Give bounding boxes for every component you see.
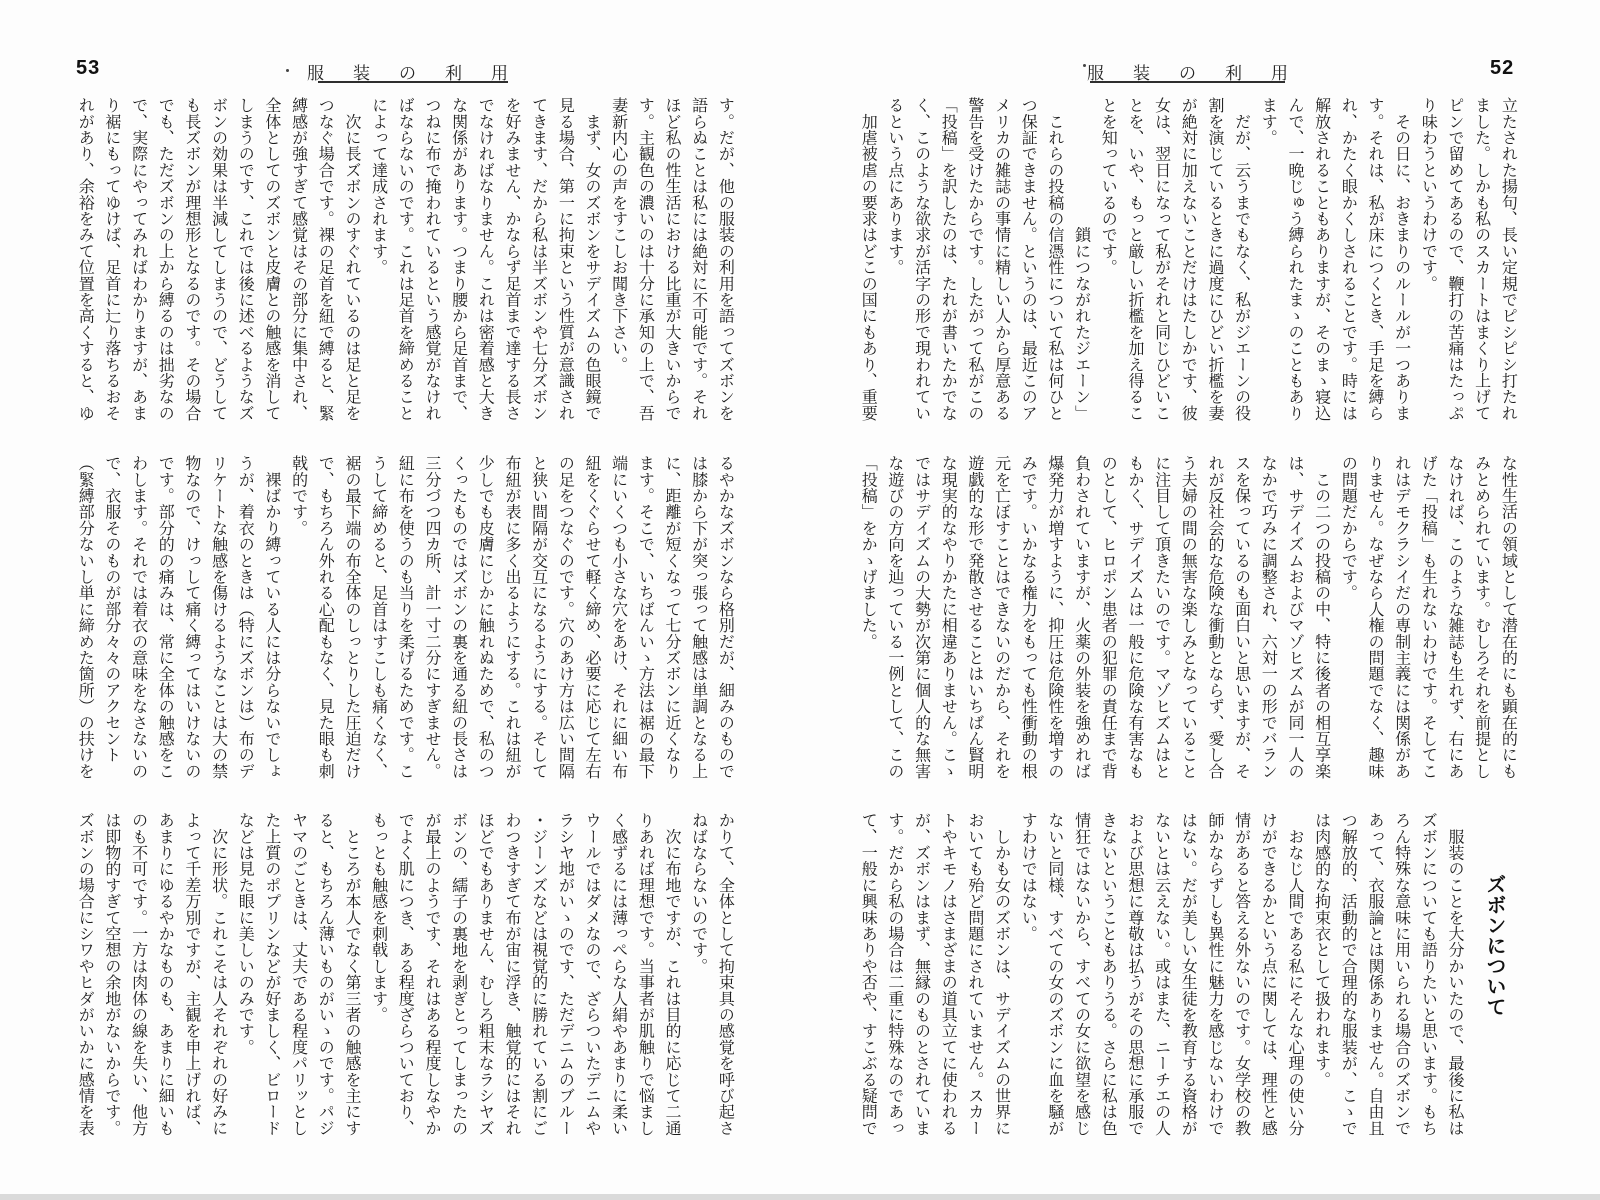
text-column: ところが本人でなく第三者の触感を主にす bbox=[338, 812, 365, 1138]
text-column: り裾にもってゆけば、足首に辷り落ちるおそ bbox=[98, 97, 125, 423]
text-tier-middle: るやかなズボンなら格別だが、細みのもので は膝から下が突っ張って触感は単調となる… bbox=[72, 455, 739, 781]
text-column: ウールではダメなので、ざらついたデニムや bbox=[578, 812, 605, 1138]
text-column: 解放されることもありますが、そのまゝ寝込 bbox=[1308, 97, 1335, 423]
text-column: 布紐が表に多く出るようにする。これは紐が bbox=[498, 455, 525, 781]
text-column: および思想に尊敬は払うがその思想に承服で bbox=[1121, 812, 1148, 1138]
text-column: な性生活の領域として潜在的にも顕在的にも bbox=[1495, 455, 1522, 781]
text-column: 裸ばかり縛っている人には分らないでしょ bbox=[258, 455, 285, 781]
text-column: るやかなズボンなら格別だが、細みのもので bbox=[712, 455, 739, 781]
text-tier-top: 立たされた揚句、長い定規でピシピシ打たれ ました。しかも私のスカートはまくり上げ… bbox=[855, 97, 1522, 423]
text-column: りません。なぜなら人権の問題でなく、趣味 bbox=[1361, 455, 1388, 781]
text-column: かりて、全体として拘束具の感覚を呼び起さ bbox=[712, 812, 739, 1138]
text-column: うして締めると、足首はすこしも痛くなく、 bbox=[365, 455, 392, 781]
text-column: は即物的すぎて空想の余地がないからです。 bbox=[98, 812, 125, 1138]
text-column: 次に長ズボンのすぐれているのは足と足を bbox=[338, 97, 365, 423]
text-column: ラシヤ地がいゝのです、ただデニムのブルー bbox=[552, 812, 579, 1138]
text-column: が最上のようです、それはある程度しなやか bbox=[418, 812, 445, 1138]
text-column: みとめられています。むしろそれを前提とし bbox=[1468, 455, 1495, 781]
text-column: 少しでも皮膚にじかに触れぬためで、私のつ bbox=[472, 455, 499, 781]
text-column: ヤマのごときは、丈夫である程度パリッとし bbox=[285, 812, 312, 1138]
text-column: でも、ただズボンの上から縛るのは拙劣なの bbox=[152, 97, 179, 423]
text-column: 見る場合、第一に拘束という性質が意識され bbox=[552, 97, 579, 423]
text-column: だが、云うまでもなく、私がジエーンの役 bbox=[1228, 97, 1255, 423]
text-column: 女は、翌日になって私がそれと同じひどいこ bbox=[1148, 97, 1175, 423]
text-column: 次に形状。これこそは人それぞれの好みに bbox=[205, 812, 232, 1138]
text-column: 情があると答える外ないのです。女学校の教 bbox=[1228, 812, 1255, 1138]
text-column: 情狂ではないから、すべての女に欲望を感じ bbox=[1068, 812, 1095, 1138]
text-column: ると、もちろん薄いものがいゝのです。パジ bbox=[312, 812, 339, 1138]
text-column: 服装のことを大分かいたので、最後に私は bbox=[1441, 812, 1468, 1138]
text-column: 三分づつ四カ所、計一寸二分にすぎません。 bbox=[418, 455, 445, 781]
text-column: のも不可です。一方は肉体の線を失い、他方 bbox=[125, 812, 152, 1138]
page-number: 52 bbox=[1490, 57, 1514, 80]
text-column: りあれば理想です。当事者が肌触りで悩まし bbox=[632, 812, 659, 1138]
text-column: ばならないのです。これは足首を締めること bbox=[392, 97, 419, 423]
text-column: な現実的なやりかたに相違ありません。こゝ bbox=[935, 455, 962, 781]
text-column: ズボンについても語りたいと思います。もち bbox=[1415, 812, 1442, 1138]
text-column: 遊戯的な形で発散させることはいちばん賢明 bbox=[961, 455, 988, 781]
text-column: すわけではない。 bbox=[1015, 812, 1042, 1138]
running-title-underline bbox=[318, 81, 508, 83]
text-column: 負わされていますが、火薬の外装を強めれば bbox=[1068, 455, 1095, 781]
text-column: 加虐被虐の要求はどこの国にもあり、重要 bbox=[855, 97, 882, 423]
text-column: とを、いや、もっと厳しい折檻を加え得るこ bbox=[1121, 97, 1148, 423]
text-column: つなぐ場合です。裸の足首を紐で縛ると、緊 bbox=[312, 97, 339, 423]
text-column: す。それは、私が床につくとき、手足を縛ら bbox=[1361, 97, 1388, 423]
text-column: のとして、ヒロポン患者の犯罪の責任まで背 bbox=[1095, 455, 1122, 781]
text-column: です。部分的の痛みは、常に全体の触感をこ bbox=[152, 455, 179, 781]
text-column: でよく肌につき、ある程度ざらついており、 bbox=[392, 812, 419, 1138]
left-page: 53 服装の利用 す。だが、他の服装の利用を語ってズボンを 語らぬことは私には絶… bbox=[0, 0, 800, 1200]
text-column: てきます、だから私は半ズボンや七分ズボン bbox=[525, 97, 552, 423]
text-column: 裾の最下端の布全体のしっとりした圧迫だけ bbox=[338, 455, 365, 781]
text-tier-bottom: 服装のことを大分かいたので、最後に私は ズボンについても語りたいと思います。もち… bbox=[855, 812, 1468, 1138]
text-column: ズボンの場合にシワやヒダがいかに感情を表 bbox=[72, 812, 99, 1138]
text-column: に、距離が短くなって七分ズボンに近くなり bbox=[658, 455, 685, 781]
running-title-underline bbox=[1090, 81, 1285, 83]
text-column: ・ジーンズなどは視覚的に勝れている割にご bbox=[525, 812, 552, 1138]
text-column: ろん特殊な意味に用いられる場合のズボンで bbox=[1388, 812, 1415, 1138]
text-column: ボンの効果は半減してしまうので、どうして bbox=[205, 97, 232, 423]
text-column: れ、かたく眼かくしされることです。時には bbox=[1335, 97, 1362, 423]
text-column: ます。 bbox=[1255, 97, 1282, 423]
text-column: しかも女のズボンは、サデイズムの世界に bbox=[988, 812, 1015, 1138]
text-column: 「投稿」を訳したのは、たれが書いたかでな bbox=[935, 97, 962, 423]
text-column: でなければなりません。これは密着感と大き bbox=[472, 97, 499, 423]
text-column: げた「投稿」も生れないわけです。そしてこ bbox=[1415, 455, 1442, 781]
text-column: 全体としてのズボンと皮膚との触感を消して bbox=[258, 97, 285, 423]
text-column: は、サデイズムおよびマゾヒズムが同一人の bbox=[1281, 455, 1308, 781]
text-column: 次に布地ですが、これは目的に応じて二通 bbox=[658, 812, 685, 1138]
text-column: ほどでもありません、むしろ粗末なラシヤズ bbox=[472, 812, 499, 1138]
text-column: はない。だが美しい女生徒を教育する資格が bbox=[1175, 812, 1202, 1138]
text-column: なかで巧みに調整され、六対一の形でバラン bbox=[1255, 455, 1282, 781]
text-column: これらの投稿の信憑性について私は何ひと bbox=[1041, 97, 1068, 423]
signature-column: 鎖につながれたジエーン」 bbox=[1068, 97, 1095, 423]
page-number: 53 bbox=[76, 57, 100, 80]
text-column: と狭い間隔が交互になるようにする。そして bbox=[525, 455, 552, 781]
text-column: などは見た眼に美しいのみです。 bbox=[232, 812, 259, 1138]
text-column: で、実際にやってみればわかりますが、あま bbox=[125, 97, 152, 423]
header-dot-icon bbox=[286, 69, 289, 72]
text-tier-middle: な性生活の領域として潜在的にも顕在的にも みとめられています。むしろそれを前提と… bbox=[855, 455, 1522, 781]
text-column: ほど私の性生活における比重が大きいからで bbox=[658, 97, 685, 423]
text-column: あって、衣服論とは関係ありません。自由且 bbox=[1361, 812, 1388, 1138]
text-column: るという点にあります。 bbox=[881, 97, 908, 423]
text-column: で、衣服そのものが部分々々のアクセント bbox=[98, 455, 125, 781]
text-column: つ解放的、活動的で合理的な服装が、こゝで bbox=[1335, 812, 1362, 1138]
text-column: 警告を受けたからです。したがって私がこの bbox=[961, 97, 988, 423]
text-column: が、ズボンはまず、無縁のものとされていま bbox=[908, 812, 935, 1138]
text-column: もかく、サデイズムは一般に危険な有害なも bbox=[1121, 455, 1148, 781]
text-column: て、一般に興味ありや否や、すこぶる疑問で bbox=[855, 812, 882, 1138]
text-column: り味わうというわけです。 bbox=[1415, 97, 1442, 423]
text-column: 妻新内心の声をすこしお聞き下さい。 bbox=[605, 97, 632, 423]
text-column: す。主観色の濃いのは十分に承知の上で、吾 bbox=[632, 97, 659, 423]
text-column: んで、一晩じゅう縛られたまゝのこともあり bbox=[1281, 97, 1308, 423]
text-column: な関係があります。つまり腰から足首まで、 bbox=[445, 97, 472, 423]
text-column: 戟的です。 bbox=[285, 455, 312, 781]
text-column: 立たされた揚句、長い定規でピシピシ打たれ bbox=[1495, 97, 1522, 423]
text-column: きないということもありうる。さらに私は色 bbox=[1095, 812, 1122, 1138]
text-column: リケートな触感を傷けるようなことは大の禁 bbox=[205, 455, 232, 781]
right-page: 服装の利用 52 立たされた揚句、長い定規でピシピシ打たれ ました。しかも私のス… bbox=[800, 0, 1600, 1200]
text-column: 師かならずしも異性に魅力を感じないわけで bbox=[1201, 812, 1228, 1138]
scan-bottom-edge bbox=[0, 1194, 1600, 1200]
text-column: この二つの投稿の中、特に後者の相互享楽 bbox=[1308, 455, 1335, 781]
text-tier-top: す。だが、他の服装の利用を語ってズボンを 語らぬことは私には絶対に不可能です。そ… bbox=[72, 97, 739, 423]
text-column: す。だが、他の服装の利用を語ってズボンを bbox=[712, 97, 739, 423]
text-column: 語らぬことは私には絶対に不可能です。それ bbox=[685, 97, 712, 423]
section-title: ズボンについて bbox=[1480, 874, 1510, 1017]
text-column: ました。しかも私のスカートはまくり上げて bbox=[1468, 97, 1495, 423]
text-column: で、もちろん外れる心配もなく、見た眼も刺 bbox=[312, 455, 339, 781]
text-column: みです。いかなる権力をもっても性衝動の根 bbox=[1015, 455, 1042, 781]
text-column: く、このような欲求が活字の形で現われてい bbox=[908, 97, 935, 423]
text-column: ボンの、繻子の裏地を剥ぎとってしまったの bbox=[445, 812, 472, 1138]
text-column: ないと同様、すべての女のズボンに血を騒が bbox=[1041, 812, 1068, 1138]
text-column: くったものではズボンの裏を通る紐の長さは bbox=[445, 455, 472, 781]
text-column: わします。それでは着衣の意味をなさないの bbox=[125, 455, 152, 781]
text-column: 物なので、けっして痛く縛ってはいけないの bbox=[178, 455, 205, 781]
text-column: もっとも触感を刺戟します。 bbox=[365, 812, 392, 1138]
text-column: が絶対に加えないことだけはたしかです、彼 bbox=[1175, 97, 1202, 423]
text-column: ます。そこで、いちばんいゝ方法は裾の最下 bbox=[632, 455, 659, 781]
text-column: あまりにゆるやかなものも、あまりに細いも bbox=[152, 812, 179, 1138]
text-column: わつきすぎて布が宙に浮き、触覚的にはそれ bbox=[498, 812, 525, 1138]
text-column: によって達成されます。 bbox=[365, 97, 392, 423]
text-tier-bottom: かりて、全体として拘束具の感覚を呼び起さ ねばならないのです。 次に布地ですが、… bbox=[72, 812, 739, 1138]
text-column: おいても殆ど問題にされていません。スカー bbox=[961, 812, 988, 1138]
text-column: （緊縛部分ないし単に締めた箇所）の扶けを bbox=[72, 455, 99, 781]
text-column: 縛感が強すぎて感覚はその部分に集中され、 bbox=[285, 97, 312, 423]
text-column: その日に、おきまりのルールが一つありま bbox=[1388, 97, 1415, 423]
text-column: ねばならないのです。 bbox=[685, 812, 712, 1138]
text-column: 「投稿」をかゝげました。 bbox=[855, 455, 882, 781]
text-column: つねに布で掩われているという感覚がなけれ bbox=[418, 97, 445, 423]
text-column: とを知っているのです。 bbox=[1095, 97, 1122, 423]
text-column: けができるかという点に関しては、理性と感 bbox=[1255, 812, 1282, 1138]
text-column: よって千差万別ですが、主観を申上げれば、 bbox=[178, 812, 205, 1138]
text-column: スを保っているのも面白いと思いますが、そ bbox=[1228, 455, 1255, 781]
text-column: 割を演じているときに過度にひどい折檻を妻 bbox=[1201, 97, 1228, 423]
text-column: おなじ人間である私にそんな心理の使い分 bbox=[1281, 812, 1308, 1138]
text-column: まず、女のズボンをサデイズムの色眼鏡で bbox=[578, 97, 605, 423]
text-column: は肉感的な拘束衣として扱われます。 bbox=[1308, 812, 1335, 1138]
text-column: うが、着衣のときは（特にズボンは）布のデ bbox=[232, 455, 259, 781]
text-column: 紐に布を使うのも当りを柔げるためです。こ bbox=[392, 455, 419, 781]
text-column: た上質のポプリンなどが好ましく、ビロード bbox=[258, 812, 285, 1138]
text-column: 爆発力が増すように、抑圧は危険性を増すの bbox=[1041, 455, 1068, 781]
text-column: れが反社会的な危険な衝動とならず、愛し合 bbox=[1201, 455, 1228, 781]
text-column: 元を亡ぼすことはできないのだから、それを bbox=[988, 455, 1015, 781]
text-column: に注目して頂きたいのです。マゾヒズムはと bbox=[1148, 455, 1175, 781]
text-column: 端にいくつも小さな穴をあけ、それに細い布 bbox=[605, 455, 632, 781]
text-column: つ保証できません。というのは、最近このア bbox=[1015, 97, 1042, 423]
text-column: 紐をくぐらせて軽く締め、必要に応じて左右 bbox=[578, 455, 605, 781]
text-column: も長ズボンが理想形となるのです。その場合 bbox=[178, 97, 205, 423]
text-column: ピンで留めてあるので、鞭打の苦痛はたっぷ bbox=[1441, 97, 1468, 423]
text-column: の問題だからです。 bbox=[1335, 455, 1362, 781]
text-column: なければ、このような雑誌も生れず、右にあ bbox=[1441, 455, 1468, 781]
text-column: の足をつなぐのです。穴のあけ方は広い間隔 bbox=[552, 455, 579, 781]
text-column: く感ずるには薄っぺらな人絹やあまりに柔い bbox=[605, 812, 632, 1138]
text-column: れはデモクラシイだの専制主義には関係があ bbox=[1388, 455, 1415, 781]
text-column: ないとは云えない。或はまた、ニーチエの人 bbox=[1148, 812, 1175, 1138]
text-column: ではサデイズムの大勢が次第に個人的な無害 bbox=[908, 455, 935, 781]
text-column: を好みません、かならず足首まで達する長さ bbox=[498, 97, 525, 423]
text-column: メリカの雑誌の事情に精しい人から厚意ある bbox=[988, 97, 1015, 423]
text-column: れがあり、余裕をみて位置を高くすると、ゆ bbox=[72, 97, 99, 423]
text-column: な遊びの方向を辿っている一例として、この bbox=[881, 455, 908, 781]
text-column: う夫婦の間の無害な楽しみとなっていること bbox=[1175, 455, 1202, 781]
text-column: しまうのです、これでは後に述べるようなズ bbox=[232, 97, 259, 423]
text-column: は膝から下が突っ張って触感は単調となる上 bbox=[685, 455, 712, 781]
text-column: トやキモノはさまざまの道具立てに使われる bbox=[935, 812, 962, 1138]
text-column: す。だから私の場合は二重に特殊なのであっ bbox=[881, 812, 908, 1138]
header-dot-icon bbox=[1083, 64, 1086, 67]
